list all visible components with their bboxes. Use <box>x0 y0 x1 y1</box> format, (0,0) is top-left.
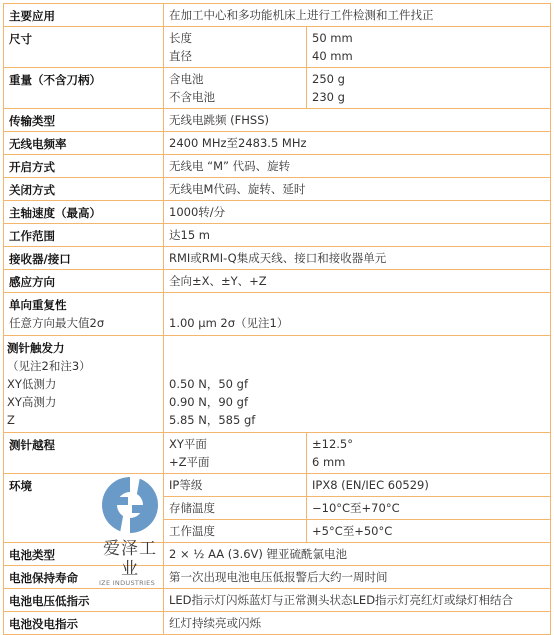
spec-row-frequency: 无线电频率 2400 MHz至2483.5 MHz <box>4 132 551 155</box>
sub-value: IPX8 (EN/IEC 60529) <box>307 474 551 497</box>
row-label: 主轴速度（最高） <box>4 201 164 224</box>
row-label-note: （见注2和注3） <box>7 357 163 375</box>
sub-value: −10°C至+70°C <box>307 497 551 520</box>
sub-values: 250 g 230 g <box>307 68 551 109</box>
sub-name: 不含电池 <box>169 88 306 106</box>
sub-names: XY平面 +Z平面 <box>164 433 307 474</box>
spec-table: 主要应用 在加工中心和多功能机床上进行工件检测和工件找正 尺寸 长度 直径 50… <box>3 3 551 635</box>
row-value: 1.00 µm 2σ（见注1） <box>164 293 551 336</box>
row-value: 1000转/分 <box>164 201 551 224</box>
spec-row-overtravel: 测针越程 XY平面 +Z平面 ±12.5° 6 mm <box>4 433 551 474</box>
row-value: 无线电M代码、旋转、延时 <box>164 178 551 201</box>
spec-row-low-battery: 电池电压低指示 LED指示灯闪烁蓝灯与正常测头状态LED指示灯亮红灯或绿灯相结合 <box>4 589 551 612</box>
sub-name: 工作温度 <box>164 520 307 543</box>
sub-value: ±12.5° <box>312 435 550 453</box>
row-label: 主要应用 <box>4 4 164 27</box>
row-value: 全向±X、±Y、+Z <box>164 270 551 293</box>
row-label: 无线电频率 <box>4 132 164 155</box>
spec-row-spindle-speed: 主轴速度（最高） 1000转/分 <box>4 201 551 224</box>
sub-name: 直径 <box>169 47 306 65</box>
spec-row-range: 工作范围 达15 m <box>4 224 551 247</box>
row-value: 达15 m <box>164 224 551 247</box>
sub-name: +Z平面 <box>169 453 306 471</box>
sub-names: 长度 直径 <box>164 27 307 68</box>
sub-values: ±12.5° 6 mm <box>307 433 551 474</box>
row-label: 感应方向 <box>4 270 164 293</box>
row-label-sub: Z <box>7 411 163 429</box>
sub-value: 230 g <box>312 88 550 106</box>
spec-row-battery-type: 电池类型 2 × ½ AA (3.6V) 锂亚硫酰氯电池 <box>4 543 551 566</box>
row-values: 0.50 N，50 gf 0.90 N，90 gf 5.85 N，585 gf <box>164 336 551 433</box>
spec-row-dead-battery: 电池没电指示 红灯持续亮或闪烁 <box>4 612 551 635</box>
spec-row-transmission: 传输类型 无线电跳频 (FHSS) <box>4 109 551 132</box>
sub-names: 含电池 不含电池 <box>164 68 307 109</box>
spec-row-application: 主要应用 在加工中心和多功能机床上进行工件检测和工件找正 <box>4 4 551 27</box>
row-label: 重量（不含刀柄） <box>4 68 164 109</box>
row-label: 工作范围 <box>4 224 164 247</box>
spec-row-weight: 重量（不含刀柄） 含电池 不含电池 250 g 230 g <box>4 68 551 109</box>
watermark-name-cn: 爱泽工业 <box>97 539 163 579</box>
ize-logo-icon <box>100 475 160 535</box>
row-label-sub: XY高测力 <box>7 393 163 411</box>
row-label: 测针越程 <box>4 433 164 474</box>
row-value: 无线电跳频 (FHSS) <box>164 109 551 132</box>
row-value: 第一次出现电池电压低报警后大约一周时间 <box>164 566 551 589</box>
watermark-name-en: IZE INDUSTRIES <box>91 579 163 587</box>
sub-name: 存储温度 <box>164 497 307 520</box>
spec-row-trigger-force: 测针触发力 （见注2和注3） XY低测力 XY高测力 Z 0.50 N，50 g… <box>4 336 551 433</box>
row-value: 无线电 “M” 代码、旋转 <box>164 155 551 178</box>
force-value: 5.85 N，585 gf <box>169 411 550 429</box>
row-label-main: 单向重复性 <box>9 296 163 314</box>
row-label: 关闭方式 <box>4 178 164 201</box>
spec-row-sense-direction: 感应方向 全向±X、±Y、+Z <box>4 270 551 293</box>
sub-value: +5°C至+50°C <box>307 520 551 543</box>
row-label: 单向重复性 任意方向最大值2σ <box>4 293 164 336</box>
spec-row-environment: 环境 IP等级 IPX8 (EN/IEC 60529) <box>4 474 551 497</box>
sub-value: 40 mm <box>312 47 550 65</box>
row-label: 尺寸 <box>4 27 164 68</box>
sub-value: 250 g <box>312 70 550 88</box>
row-value: LED指示灯闪烁蓝灯与正常测头状态LED指示灯亮红灯或绿灯相结合 <box>164 589 551 612</box>
row-value: 在加工中心和多功能机床上进行工件检测和工件找正 <box>164 4 551 27</box>
row-label: 测针触发力 （见注2和注3） XY低测力 XY高测力 Z <box>4 336 164 433</box>
row-value: 2 × ½ AA (3.6V) 锂亚硫酰氯电池 <box>164 543 551 566</box>
watermark-logo: 爱泽工业 IZE INDUSTRIES <box>97 475 163 587</box>
row-label: 开启方式 <box>4 155 164 178</box>
spec-row-receiver: 接收器/接口 RMI或RMI-Q集成天线、接口和接收器单元 <box>4 247 551 270</box>
row-label-main: 测针触发力 <box>7 339 163 357</box>
row-label: 电池电压低指示 <box>4 589 164 612</box>
row-value: 2400 MHz至2483.5 MHz <box>164 132 551 155</box>
sub-values: 50 mm 40 mm <box>307 27 551 68</box>
sub-value: 6 mm <box>312 453 550 471</box>
spec-row-switch-on: 开启方式 无线电 “M” 代码、旋转 <box>4 155 551 178</box>
sub-name: 含电池 <box>169 70 306 88</box>
spec-row-battery-life: 电池保持寿命 第一次出现电池电压低报警后大约一周时间 <box>4 566 551 589</box>
row-value: RMI或RMI-Q集成天线、接口和接收器单元 <box>164 247 551 270</box>
spec-row-switch-off: 关闭方式 无线电M代码、旋转、延时 <box>4 178 551 201</box>
row-label-sub: XY低测力 <box>7 375 163 393</box>
row-label-sub: 任意方向最大值2σ <box>9 314 163 332</box>
sub-name: XY平面 <box>169 435 306 453</box>
force-value: 0.50 N，50 gf <box>169 375 550 393</box>
sub-value: 50 mm <box>312 29 550 47</box>
row-label: 电池没电指示 <box>4 612 164 635</box>
row-label: 接收器/接口 <box>4 247 164 270</box>
row-label: 传输类型 <box>4 109 164 132</box>
sub-name: 长度 <box>169 29 306 47</box>
force-value: 0.90 N，90 gf <box>169 393 550 411</box>
spec-row-repeatability: 单向重复性 任意方向最大值2σ 1.00 µm 2σ（见注1） <box>4 293 551 336</box>
row-value: 红灯持续亮或闪烁 <box>164 612 551 635</box>
spec-row-dimensions: 尺寸 长度 直径 50 mm 40 mm <box>4 27 551 68</box>
sub-name: IP等级 <box>164 474 307 497</box>
